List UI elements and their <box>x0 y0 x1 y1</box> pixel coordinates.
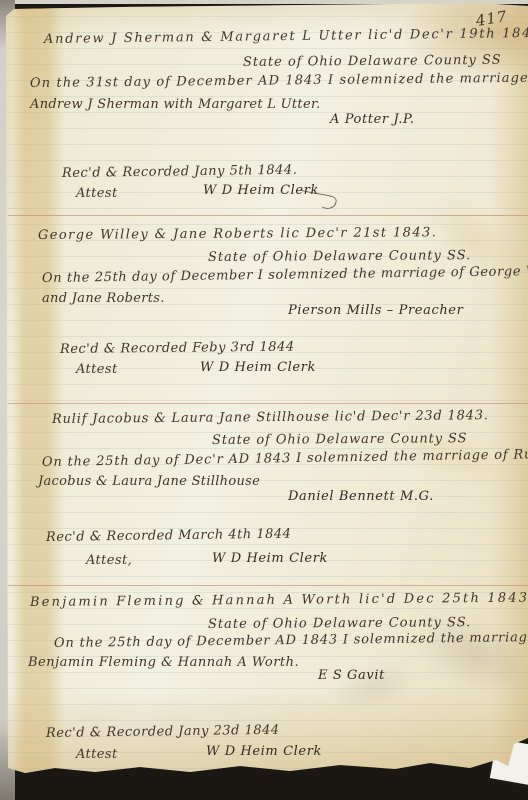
license-line: Benjamin Fleming & Hannah A Worth lic'd … <box>30 591 528 610</box>
attest-label: Attest, <box>86 553 132 568</box>
signature-flourish-stroke <box>300 186 340 212</box>
certificate-line: On the 25th day of December I solemnized… <box>42 264 528 286</box>
license-line: Andrew J Sherman & Margaret L Utter lic'… <box>44 26 528 47</box>
clerk-signature: W D Heim Clerk <box>203 183 319 198</box>
certificate-line: and Jane Roberts. <box>42 291 165 306</box>
certificate-line: On the 31st day of December AD 1843 I so… <box>30 71 528 91</box>
clerk-signature: W D Heim Clerk <box>206 744 322 759</box>
recorded-line: Rec'd & Recorded Feby 3rd 1844 <box>60 340 295 357</box>
state-line: State of Ohio Delaware County SS <box>243 53 502 70</box>
certificate-line: Benjamin Fleming & Hannah A Worth. <box>28 655 299 670</box>
recorded-line: Rec'd & Recorded Jany 5th 1844. <box>62 163 297 181</box>
state-line: State of Ohio Delaware County SS. <box>208 248 471 265</box>
page-number: 417 <box>475 7 509 30</box>
officiant-signature: A Potter J.P. <box>330 112 414 127</box>
document-page: 417 Andrew J Sherman & Margaret L Utter … <box>0 0 528 800</box>
certificate-line: Andrew J Sherman with Margaret L Utter. <box>30 97 320 112</box>
entry-separator-rule <box>8 215 528 216</box>
attest-label: Attest <box>76 362 118 377</box>
recorded-line: Rec'd & Recorded March 4th 1844 <box>46 527 292 545</box>
license-line: George Willey & Jane Roberts lic Dec'r 2… <box>38 225 437 243</box>
officiant-signature: Pierson Mills – Preacher <box>288 303 463 318</box>
stain <box>401 596 528 714</box>
attest-label: Attest <box>76 186 118 201</box>
certificate-line: Jacobus & Laura Jane Stillhouse <box>38 474 260 489</box>
paper: 417 Andrew J Sherman & Margaret L Utter … <box>0 0 528 800</box>
entry-separator-rule <box>8 403 528 404</box>
recorded-line: Rec'd & Recorded Jany 23d 1844 <box>46 723 280 741</box>
officiant-signature: Daniel Bennett M.G. <box>288 489 434 504</box>
stain <box>414 182 528 299</box>
clerk-signature: W D Heim Clerk <box>200 360 316 375</box>
stain <box>326 654 424 720</box>
clerk-signature: W D Heim Clerk <box>212 551 328 566</box>
attest-label: Attest <box>76 747 118 762</box>
entry-separator-rule <box>8 585 528 586</box>
stain <box>376 413 524 498</box>
